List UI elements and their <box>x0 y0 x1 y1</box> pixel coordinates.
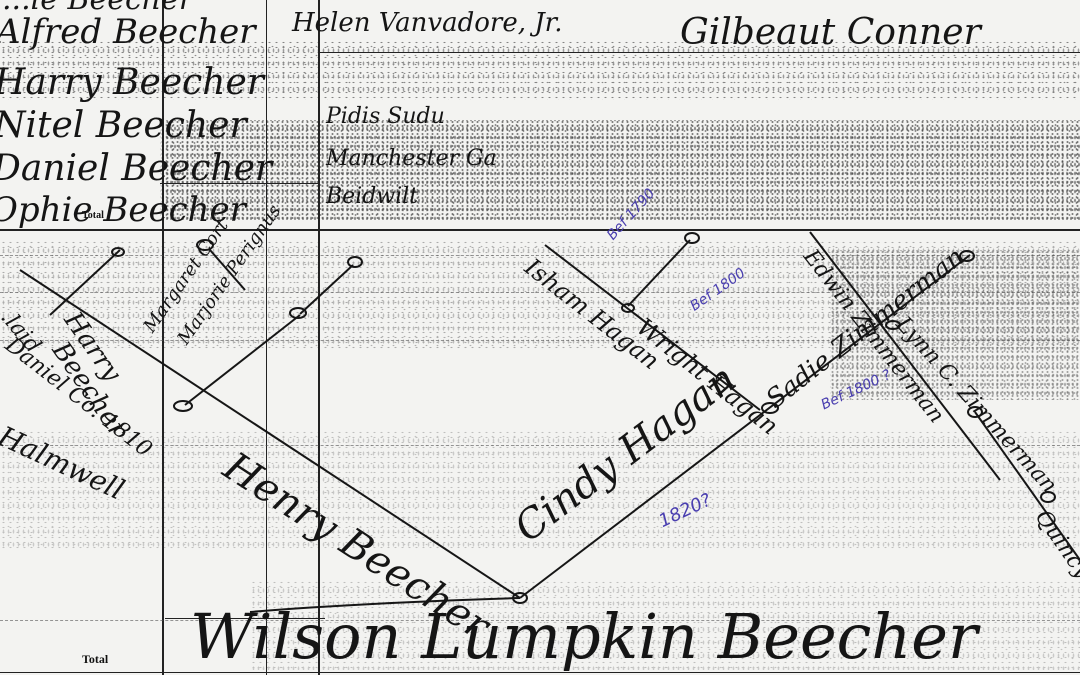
footer-root-name: Wilson Lumpkin Beecher <box>190 600 978 673</box>
footer-total-label: Total <box>82 652 108 667</box>
photocopied-document: ...le Beecher Alfred Beecher Helen Vanva… <box>0 0 1080 675</box>
